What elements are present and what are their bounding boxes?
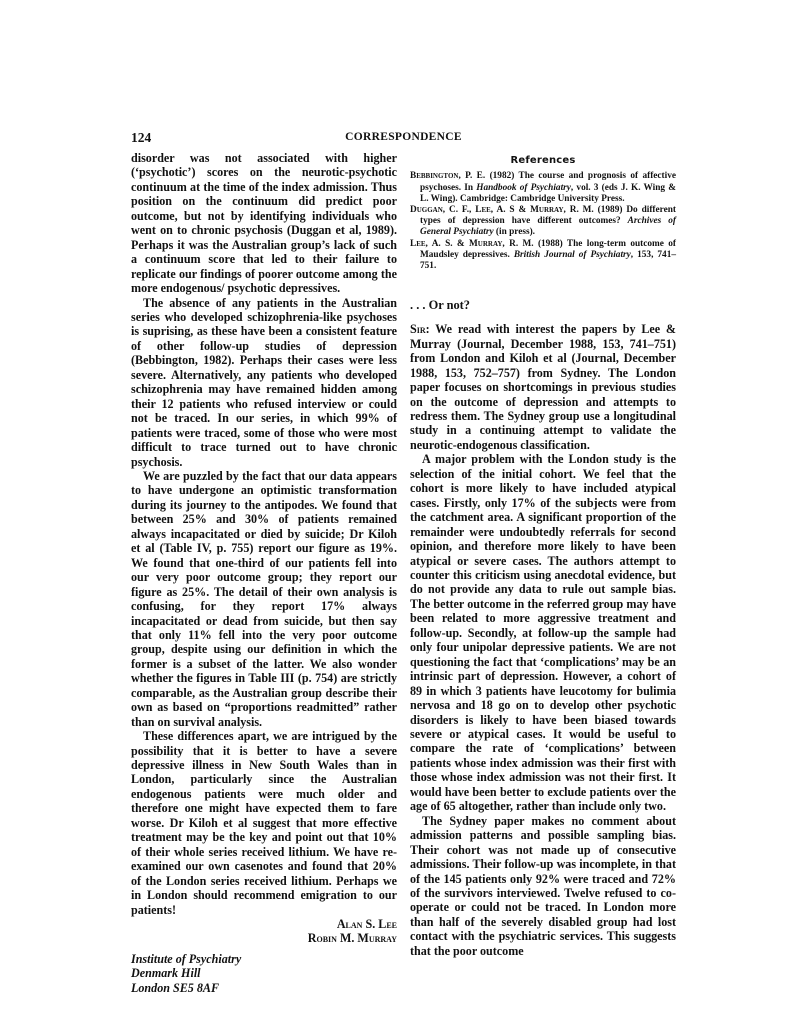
references-heading: References (410, 154, 676, 168)
reference-author: Bebbington, P. E. (410, 171, 485, 181)
reference-text: (in press). (494, 227, 535, 237)
salutation: Sir (410, 322, 426, 336)
reference-source: British Journal of Psychiatry (514, 250, 631, 260)
address-line: Institute of Psychiatry (131, 952, 397, 966)
left-column: disorder was not associated with higher … (131, 151, 397, 995)
signatures: Alan S. Lee Robin M. Murray (131, 917, 397, 946)
reference-author: Lee, A. S. & Murray, R. M. (410, 239, 534, 249)
running-head: CORRESPONDENCE (131, 131, 676, 143)
reference-item: Bebbington, P. E. (1982) The course and … (410, 171, 676, 205)
body-paragraph: disorder was not associated with higher … (131, 151, 397, 296)
body-paragraph: These differences apart, we are intrigue… (131, 729, 397, 917)
signature-author: Robin M. Murray (131, 931, 397, 945)
address-line: London SE5 8AF (131, 981, 397, 995)
right-column: References Bebbington, P. E. (1982) The … (410, 151, 676, 958)
address-line: Denmark Hill (131, 966, 397, 980)
signature-author: Alan S. Lee (131, 917, 397, 931)
reference-author: Duggan, C. F., Lee, A. S & Murray, R. M. (410, 205, 594, 215)
page-header: 124 CORRESPONDENCE (131, 130, 676, 148)
reference-item: Lee, A. S. & Murray, R. M. (1988) The lo… (410, 239, 676, 273)
body-paragraph: A major problem with the London study is… (410, 452, 676, 813)
reference-source: Handbook of Psychiatry (476, 183, 571, 193)
body-paragraph: The Sydney paper makes no comment about … (410, 814, 676, 959)
author-address: Institute of Psychiatry Denmark Hill Lon… (131, 952, 397, 995)
body-paragraph: Sir: We read with interest the papers by… (410, 322, 676, 452)
paragraph-text: : We read with interest the papers by Le… (410, 322, 676, 452)
body-paragraph: We are puzzled by the fact that our data… (131, 469, 397, 729)
reference-item: Duggan, C. F., Lee, A. S & Murray, R. M.… (410, 205, 676, 239)
body-paragraph: The absence of any patients in the Austr… (131, 296, 397, 469)
letter-title: . . . Or not? (410, 298, 676, 312)
